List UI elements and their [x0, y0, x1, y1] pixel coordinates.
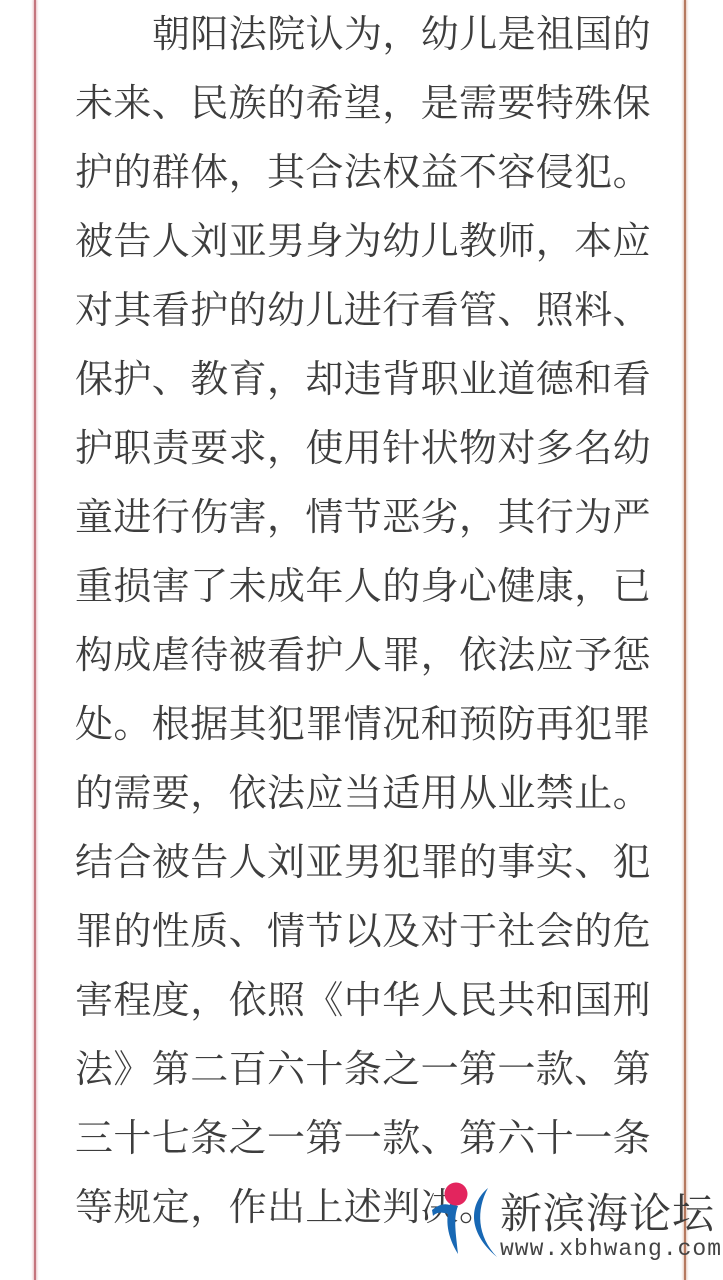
article-text-line: 法》第二百六十条之一第一款、第	[75, 1036, 657, 1105]
article-text-line: 朝阳法院认为，幼儿是祖国的	[75, 1, 657, 70]
logo-body-stroke	[447, 1204, 458, 1254]
article-text-line: 处。根据其犯罪情况和预防再犯罪	[75, 691, 657, 760]
watermark-text: 新滨海论坛 www.xbhwang.com	[500, 1168, 722, 1262]
logo-head-dot	[445, 1183, 468, 1206]
article-text-line: 被告人刘亚男身为幼儿教师，本应	[75, 208, 657, 277]
article-text-line: 未来、民族的希望，是需要特殊保	[75, 70, 657, 139]
article-text-line: 害程度，依照《中华人民共和国刑	[75, 967, 657, 1036]
left-border-line	[34, 0, 36, 1280]
article-text-line: 构成虐待被看护人罪，依法应予惩	[75, 622, 657, 691]
watermark: 新滨海论坛 www.xbhwang.com	[420, 1168, 723, 1280]
logo-arm-stroke	[432, 1204, 450, 1216]
watermark-site-name: 新滨海论坛	[500, 1190, 722, 1238]
article-text: 朝阳法院认为，幼儿是祖国的未来、民族的希望，是需要特殊保护的群体，其合法权益不容…	[75, 1, 657, 1243]
logo-wing-stroke	[474, 1188, 497, 1257]
article-text-line: 三十七条之一第一款、第六十一条	[75, 1105, 657, 1174]
article-text-line: 对其看护的幼儿进行看管、照料、	[75, 277, 657, 346]
article-text-line: 护的群体，其合法权益不容侵犯。	[75, 139, 657, 208]
article-text-line: 童进行伤害，情节恶劣，其行为严	[75, 484, 657, 553]
article-text-line: 保护、教育，却违背职业道德和看	[75, 346, 657, 415]
article-text-line: 护职责要求，使用针状物对多名幼	[75, 415, 657, 484]
article-text-line: 的需要，依法应当适用从业禁止。	[75, 760, 657, 829]
article-text-line: 罪的性质、情节以及对于社会的危	[75, 898, 657, 967]
article-text-line: 重损害了未成年人的身心健康，已	[75, 553, 657, 622]
forum-logo-icon	[420, 1168, 505, 1278]
right-border-line	[684, 0, 686, 1280]
watermark-site-url: www.xbhwang.com	[500, 1236, 722, 1262]
article-text-line: 结合被告人刘亚男犯罪的事实、犯	[75, 829, 657, 898]
